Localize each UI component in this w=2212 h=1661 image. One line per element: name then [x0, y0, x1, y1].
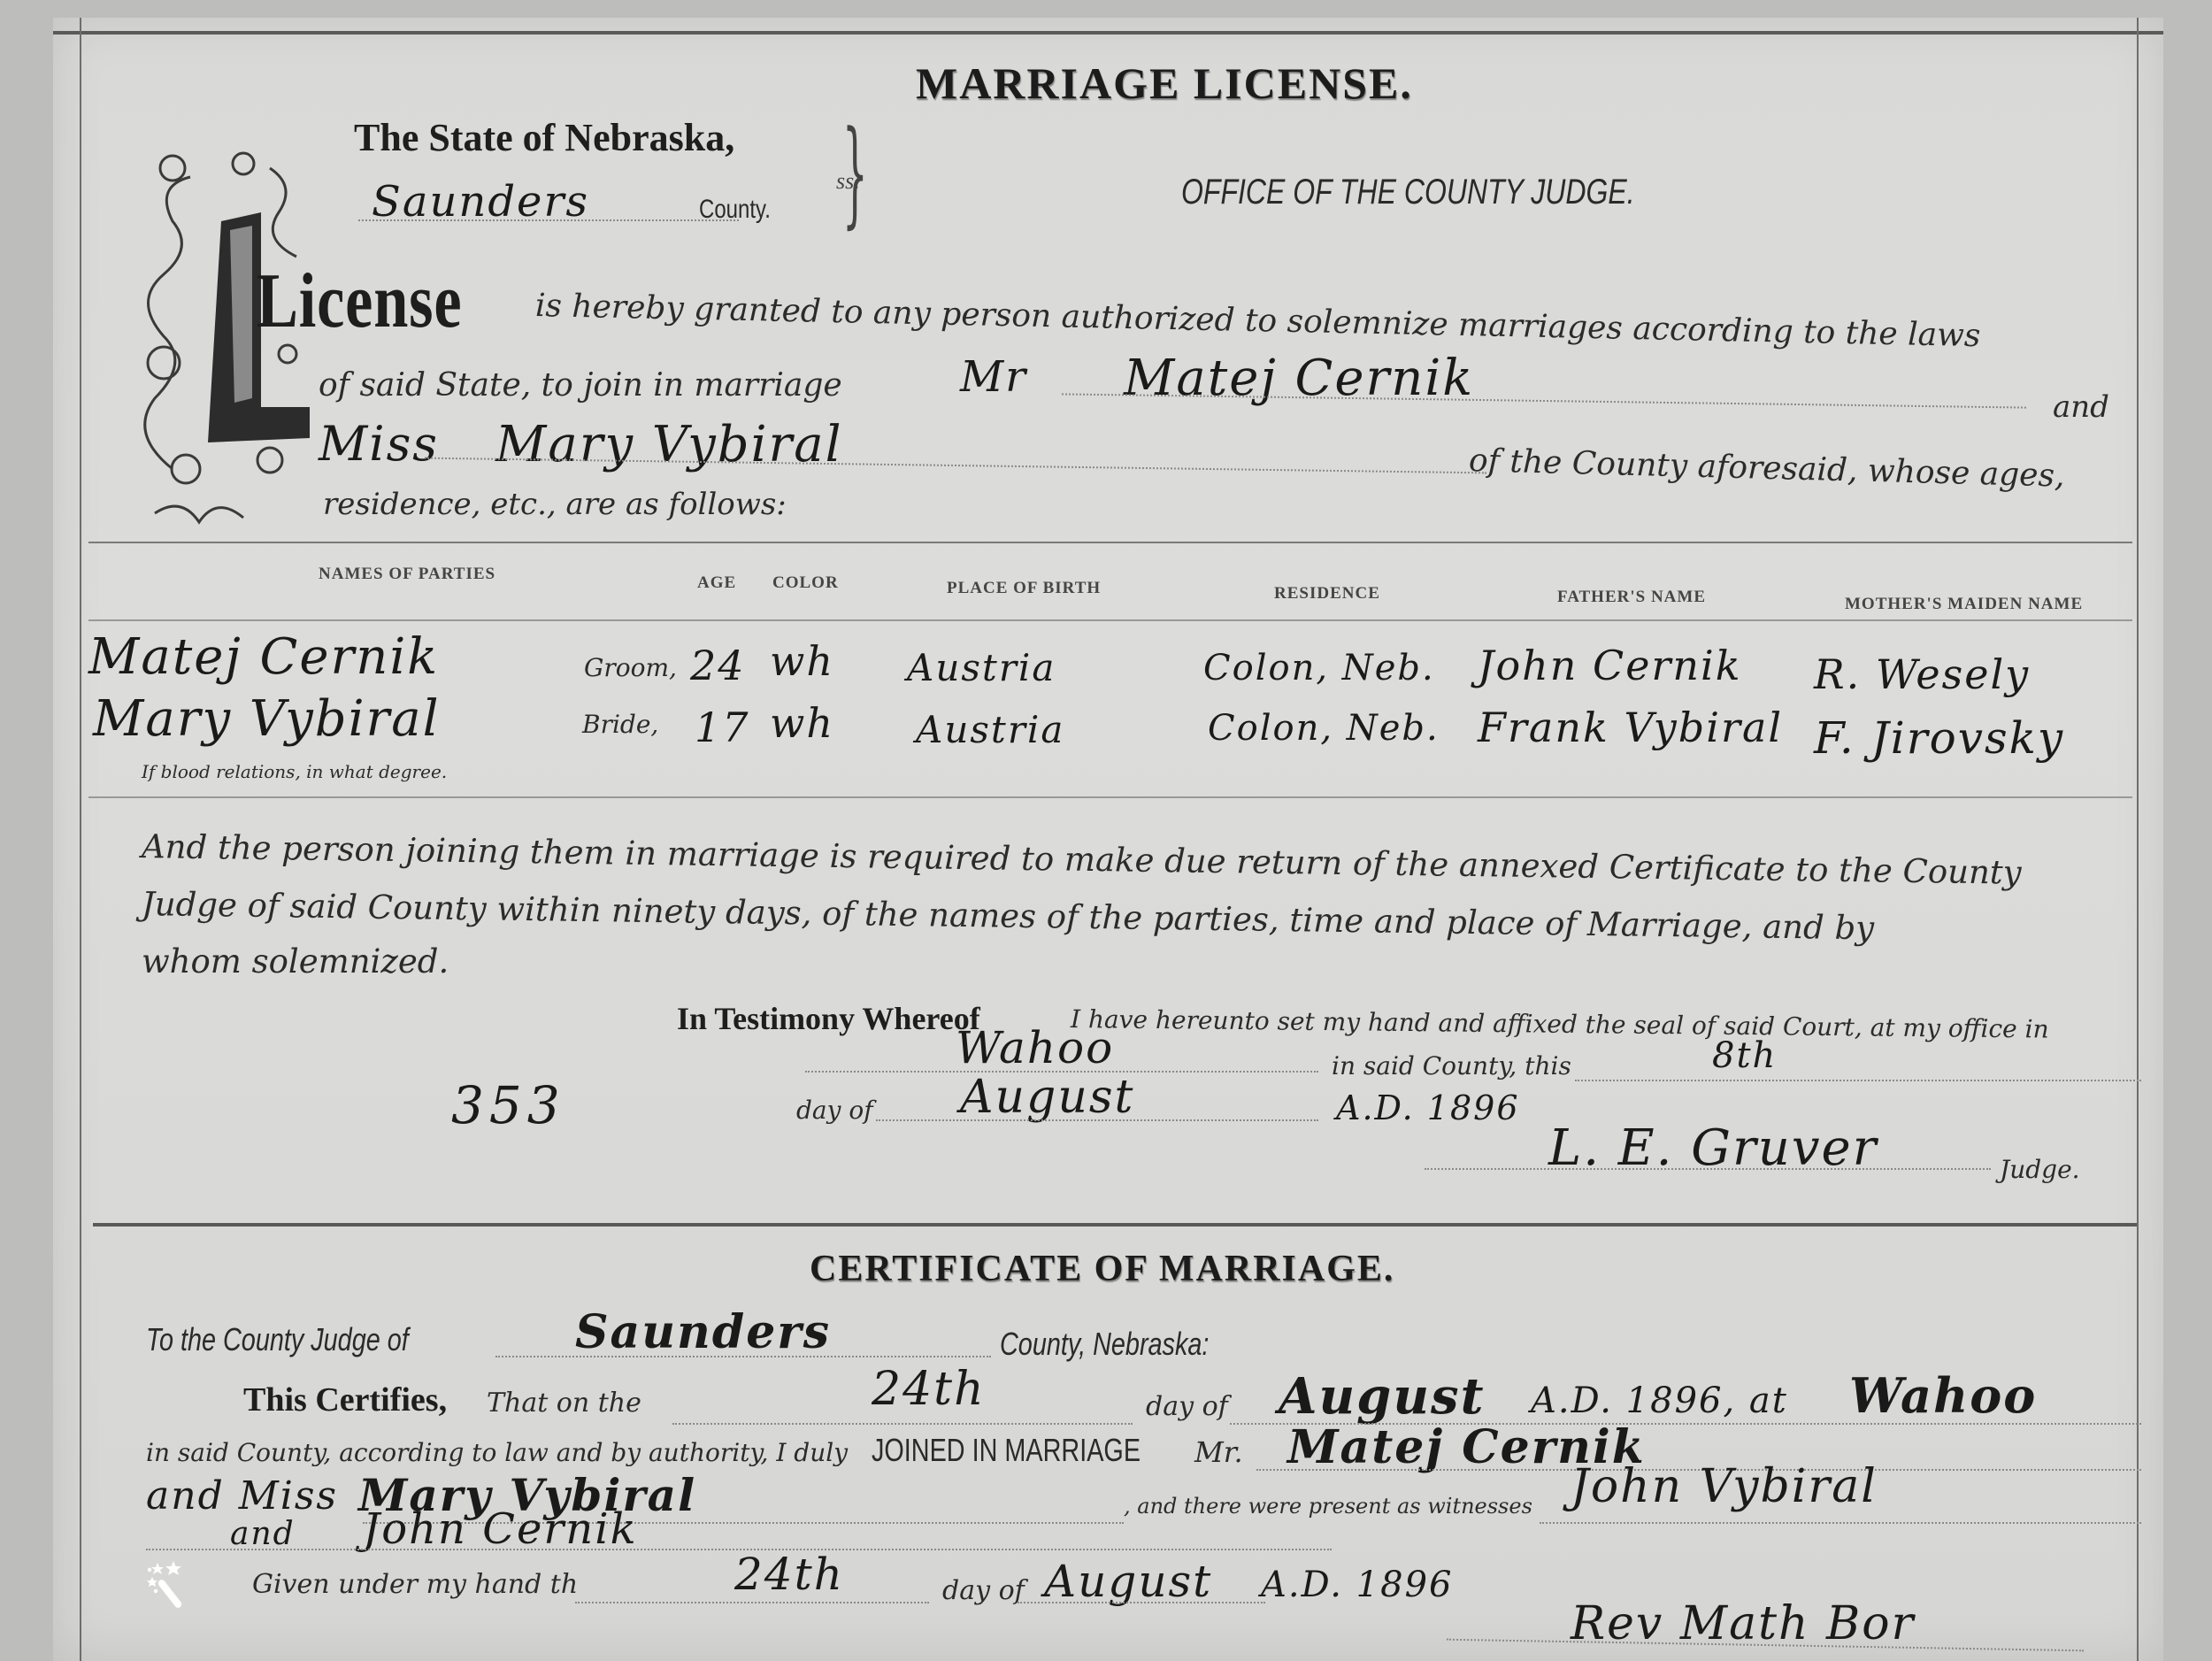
row1-role: Groom, [584, 653, 677, 682]
col-mothers-maiden-name: MOTHER'S MAIDEN NAME [1845, 595, 2083, 614]
row1-residence: Colon, Neb. [1203, 648, 1435, 688]
license-word: License [257, 257, 462, 346]
testimony-heading: In Testimony Whereof [677, 1000, 980, 1037]
county-label: County. [699, 195, 771, 225]
certificate-month: August [1279, 1367, 1485, 1426]
bride-name-license: Mary Vybiral [495, 416, 843, 473]
witness2-prefix: and [230, 1516, 296, 1552]
given-day-rule [575, 1602, 929, 1603]
given-month: August [1044, 1556, 1212, 1607]
that-on-the-label: That on the [487, 1388, 641, 1419]
certificate-title: CERTIFICATE OF MARRIAGE. [810, 1248, 1394, 1290]
row2-age: 17 [695, 704, 750, 751]
given-month-rule [1018, 1602, 1265, 1603]
col-place-of-birth: PLACE OF BIRTH [947, 579, 1101, 598]
requirement-line1: And the person joining them in marriage … [142, 827, 2022, 892]
witness-2: John Cernik [363, 1504, 638, 1554]
row2-name: Mary Vybiral [93, 690, 441, 748]
bride-prefix: Miss [319, 416, 439, 472]
right-border [2137, 18, 2139, 1661]
col-color: COLOR [772, 573, 839, 593]
row1-mother: R. Wesely [1814, 650, 2030, 698]
day-rule [1575, 1080, 2141, 1081]
marriage-license-document: MARRIAGE LICENSE. The State of Nebraska,… [53, 18, 2163, 1661]
mr-label: Mr. [1194, 1435, 1243, 1469]
certificate-year: A.D. 1896, at [1531, 1380, 1788, 1421]
testimony-day-of: day of [796, 1096, 873, 1125]
and-miss-label: and Miss [146, 1473, 338, 1519]
row1-name: Matej Cernik [88, 628, 439, 686]
top-border [53, 31, 2163, 35]
row1-color: wh [770, 637, 834, 685]
testimony-text2: in said County, this [1332, 1051, 1571, 1080]
witness1-rule [1540, 1522, 2141, 1524]
cert-county-rule [495, 1356, 991, 1357]
license-body-line3: of the County aforesaid, whose ages, [1468, 442, 2065, 495]
this-certifies-heading: This Certifies, [243, 1380, 447, 1419]
row1-birthplace: Austria [907, 646, 1056, 689]
license-body-line2: of said State, to join in marriage [319, 367, 842, 404]
and-word: and [2053, 389, 2109, 425]
testimony-day: 8th [1712, 1035, 1777, 1076]
row2-birthplace: Austria [916, 708, 1064, 751]
given-under-hand-label: Given under my hand th [252, 1569, 578, 1600]
office-of-county-judge: OFFICE OF THE COUNTY JUDGE. [1181, 173, 1635, 212]
ss-label: ss. [836, 168, 860, 195]
testimony-year: A.D. 1896 [1336, 1088, 1520, 1127]
testimony-month: August [960, 1071, 1134, 1124]
left-border [80, 18, 81, 1661]
table-top-rule [88, 542, 2132, 543]
section-divider [93, 1223, 2137, 1227]
license-body-line4: residence, etc., are as follows: [323, 487, 787, 522]
blood-relations-label: If blood relations, in what degree. [142, 761, 447, 782]
certificate-place: Wahoo [1849, 1367, 2037, 1424]
row1-father: John Cernik [1478, 642, 1742, 689]
col-age: AGE [697, 573, 736, 593]
given-day: 24th [734, 1549, 844, 1600]
testimony-text1: I have hereunto set my hand and affixed … [1071, 1004, 2049, 1044]
row2-residence: Colon, Neb. [1208, 708, 1440, 749]
state-line: The State of Nebraska, [354, 115, 734, 160]
row2-color: wh [770, 699, 834, 747]
row2-mother: F. Jirovsky [1814, 712, 2064, 764]
county-rule [358, 219, 739, 221]
cert-day-of-label: day of [1146, 1391, 1228, 1422]
given-day-of-label: day of [942, 1575, 1025, 1606]
row2-role: Bride, [582, 710, 658, 739]
col-residence: RESIDENCE [1274, 584, 1380, 604]
row1-age: 24 [690, 642, 746, 689]
requirement-line3: whom solemnized. [142, 942, 449, 980]
record-number: 353 [451, 1075, 565, 1135]
testimony-place: Wahoo [956, 1022, 1114, 1073]
row2-father: Frank Vybiral [1478, 704, 1783, 751]
requirement-line2: Judge of said County within ninety days,… [142, 885, 1875, 947]
joined-in-marriage: JOINED IN MARRIAGE [872, 1432, 1141, 1469]
col-names-of-parties: NAMES OF PARTIES [319, 565, 495, 584]
judge-rule [1425, 1168, 1991, 1170]
certificate-county: Saunders [575, 1305, 831, 1359]
witness-text: , and there were present as witnesses [1124, 1494, 1532, 1519]
cert-line2-text: in said County, according to law and by … [146, 1438, 848, 1467]
license-body-line1: is hereby granted to any person authoriz… [535, 288, 1981, 354]
table-bottom-rule [88, 796, 2132, 798]
magic-wand-icon[interactable] [142, 1557, 195, 1611]
groom-prefix: Mr [960, 352, 1027, 402]
table-header-rule [88, 619, 2132, 621]
given-year: A.D. 1896 [1261, 1565, 1453, 1605]
license-title: MARRIAGE LICENSE. [916, 58, 1413, 109]
col-fathers-name: FATHER'S NAME [1557, 588, 1706, 607]
judge-label: Judge. [2000, 1155, 2080, 1184]
month-rule [876, 1119, 1318, 1121]
to-county-judge-label: To the County Judge of [146, 1321, 409, 1358]
cert-day-rule [672, 1423, 1133, 1425]
certificate-day: 24th [872, 1363, 986, 1416]
witness-1: John Vybiral [1571, 1460, 1878, 1513]
county-nebraska-label: County, Nebraska: [1000, 1326, 1209, 1363]
